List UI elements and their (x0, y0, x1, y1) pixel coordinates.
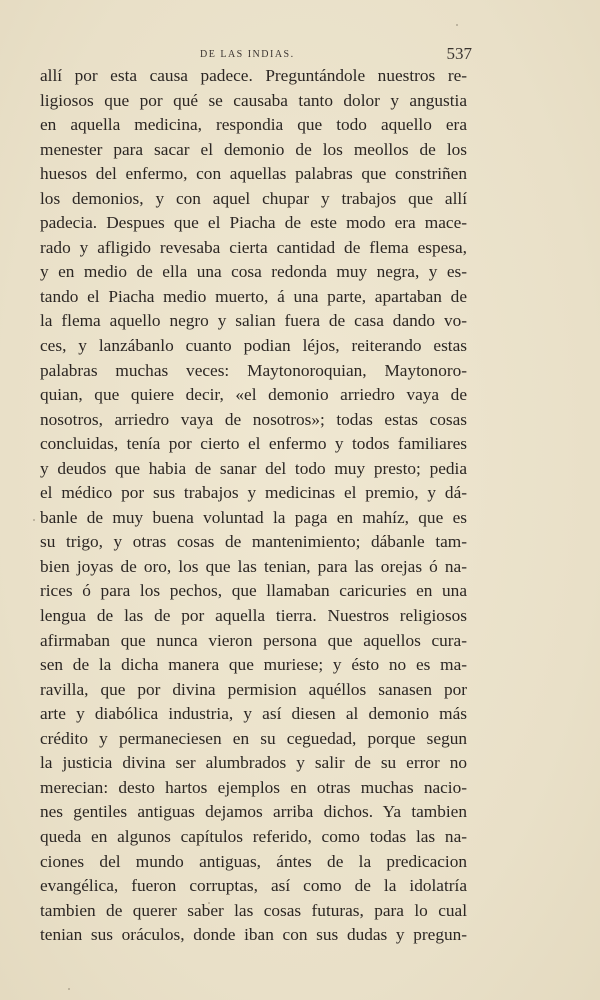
text-line: afirmaban que nunca vieron persona que a… (40, 629, 467, 654)
book-page: DE LAS INDIAS. 537 allí por esta causa p… (0, 0, 600, 1000)
text-line: nosotros, arriedro vaya de nosotros»; to… (40, 408, 467, 433)
text-line: la flema aquello negro y salian fuera de… (40, 309, 467, 334)
text-line: su trigo, y otras cosas de mantenimiento… (40, 530, 467, 555)
text-line: ces, y lanzábanlo cuanto podian léjos, r… (40, 334, 467, 359)
text-line: queda en algunos capítulos referido, com… (40, 825, 467, 850)
text-line: tenian sus oráculos, donde iban con sus … (40, 923, 467, 948)
text-line: ravilla, que por divina permision aquéll… (40, 678, 467, 703)
text-line: los demonios, y con aquel chupar y traba… (40, 187, 467, 212)
text-line: banle de muy buena voluntad la paga en m… (40, 506, 467, 531)
text-line: merecian: desto hartos ejemplos en otras… (40, 776, 467, 801)
page-number: 537 (447, 44, 473, 64)
text-line: rado y afligido revesaba cierta cantidad… (40, 236, 467, 261)
text-line: quian, que quiere decir, «el demonio arr… (40, 383, 467, 408)
text-line: menester para sacar el demonio de los me… (40, 138, 467, 163)
text-line: concluidas, tenía por cierto el enfermo … (40, 432, 467, 457)
text-line: tambien de querer saber las cosas futura… (40, 899, 467, 924)
text-line: y deudos que habia de sanar del todo muy… (40, 457, 467, 482)
text-line: lengua de las de por aquella tierra. Nue… (40, 604, 467, 629)
paper-speck (208, 902, 210, 904)
text-line: rices ó para los pechos, que llamaban ca… (40, 579, 467, 604)
text-line: palabras muchas veces: Maytonoroquian, M… (40, 359, 467, 384)
text-line: padecia. Despues que el Piacha de este m… (40, 211, 467, 236)
paper-speck (456, 24, 458, 26)
text-line: ligiosos que por qué se causaba tanto do… (40, 89, 467, 114)
text-line: nes gentiles antiguas dejamos arriba dic… (40, 800, 467, 825)
text-line: la justicia divina ser alumbrados y sali… (40, 751, 467, 776)
text-line: arte y diabólica industria, y así diesen… (40, 702, 467, 727)
text-line: evangélica, fueron corruptas, así como d… (40, 874, 467, 899)
text-line: huesos del enfermo, con aquellas palabra… (40, 162, 467, 187)
text-line: sen de la dicha manera que muriese; y és… (40, 653, 467, 678)
text-line: allí por esta causa padece. Preguntándol… (40, 64, 467, 89)
text-line: bien joyas de oro, los que las tenian, p… (40, 555, 467, 580)
body-text: allí por esta causa padece. Preguntándol… (40, 64, 467, 948)
paper-speck (68, 988, 70, 990)
text-line: crédito y permaneciesen en su ceguedad, … (40, 727, 467, 752)
text-line: y en medio de ella una cosa redonda muy … (40, 260, 467, 285)
text-line: tando el Piacha medio muerto, á una part… (40, 285, 467, 310)
text-line: ciones del mundo antiguas, ántes de la p… (40, 850, 467, 875)
paper-speck (33, 519, 35, 521)
running-head: DE LAS INDIAS. 537 (40, 44, 470, 64)
text-line: en aquella medicina, respondia que todo … (40, 113, 467, 138)
running-head-title: DE LAS INDIAS. (200, 49, 295, 60)
text-line: el médico por sus trabajos y medicinas e… (40, 481, 467, 506)
